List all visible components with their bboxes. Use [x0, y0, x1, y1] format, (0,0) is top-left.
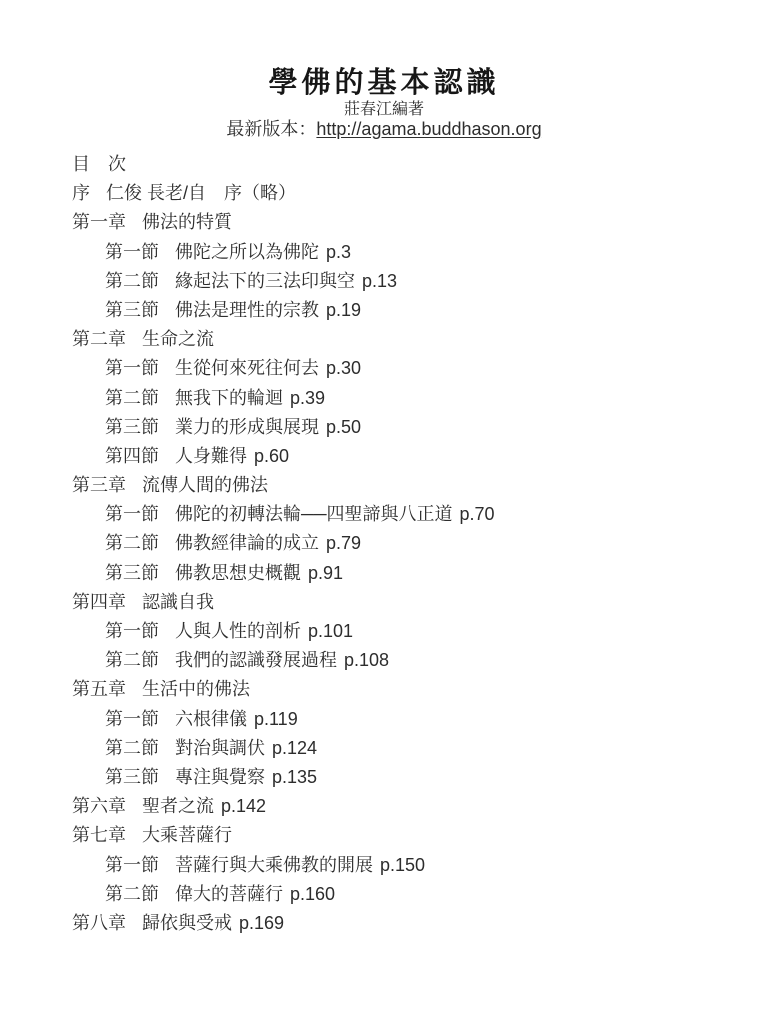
toc-item-label: 第三節: [105, 563, 159, 583]
toc-item: 第二節佛教經律論的成立p.79: [72, 529, 712, 558]
toc-item: 第三章流傳人間的佛法: [72, 471, 712, 500]
toc-item-label: 第四章: [72, 592, 126, 612]
toc-item-title: 佛法是理性的宗教: [175, 300, 319, 320]
toc-item-page: p.19: [326, 300, 361, 320]
toc-item-title: 佛法的特質: [142, 212, 232, 232]
toc-item: 第一節佛陀之所以為佛陀p.3: [72, 238, 712, 267]
toc-item-page: p.124: [272, 738, 317, 758]
toc-item: 序仁俊 長老/自 序（略）: [72, 179, 712, 208]
toc-item-label: 第二節: [105, 271, 159, 291]
toc-item-page: p.119: [254, 709, 298, 729]
toc-item-title: 生活中的佛法: [142, 679, 250, 699]
toc-item-label: 第四節: [105, 446, 159, 466]
toc-item-label: 第三章: [72, 475, 126, 495]
toc-item-page: p.3: [326, 242, 351, 262]
toc-item-title: 佛陀之所以為佛陀: [175, 242, 319, 262]
toc-item-page: p.79: [326, 533, 361, 553]
toc-item-title: 我們的認識發展過程: [175, 650, 337, 670]
toc-item-page: p.60: [254, 446, 289, 466]
document-header: 學佛的基本認識 莊春江編著 最新版本：http://agama.buddhaso…: [0, 64, 768, 140]
toc-item: 第一節人與人性的剖析p.101: [72, 617, 712, 646]
toc-item-label: 第七章: [72, 825, 126, 845]
toc-item-page: p.169: [239, 913, 284, 933]
toc-item: 第三節佛法是理性的宗教p.19: [72, 296, 712, 325]
toc-item-title: 歸依與受戒: [142, 913, 232, 933]
toc-item-label: 第二節: [105, 884, 159, 904]
toc-item-title: 大乘菩薩行: [142, 825, 232, 845]
toc-item-page: p.91: [308, 563, 343, 583]
toc-item: 第二節對治與調伏p.124: [72, 734, 712, 763]
toc-item-label: 第六章: [72, 796, 126, 816]
toc-item: 第一節佛陀的初轉法輪──四聖諦與八正道p.70: [72, 500, 712, 529]
toc-item: 第三節佛教思想史概觀p.91: [72, 559, 712, 588]
toc-item-title: 聖者之流: [142, 796, 214, 816]
toc-list: 序仁俊 長老/自 序（略）第一章佛法的特質第一節佛陀之所以為佛陀p.3第二節緣起…: [72, 179, 712, 938]
toc-item: 第四章認識自我: [72, 588, 712, 617]
toc-item-page: p.150: [380, 855, 425, 875]
author-line: 莊春江編著: [0, 101, 768, 119]
toc-item-page: p.142: [221, 796, 266, 816]
toc-heading: 目 次: [72, 150, 712, 179]
toc-item: 第四節人身難得p.60: [72, 442, 712, 471]
toc-item: 第一節六根律儀p.119: [72, 705, 712, 734]
toc-item-label: 第一節: [105, 855, 159, 875]
toc-item-title: 偉大的菩薩行: [175, 884, 283, 904]
toc-item-title: 菩薩行與大乘佛教的開展: [175, 855, 373, 875]
toc-item-page: p.30: [326, 358, 361, 378]
table-of-contents: 目 次 序仁俊 長老/自 序（略）第一章佛法的特質第一節佛陀之所以為佛陀p.3第…: [72, 150, 712, 938]
toc-item-page: p.70: [460, 504, 495, 524]
toc-item-title: 佛陀的初轉法輪──四聖諦與八正道: [175, 504, 453, 524]
toc-item-page: p.160: [290, 884, 335, 904]
toc-item-title: 對治與調伏: [175, 738, 265, 758]
toc-item-label: 第五章: [72, 679, 126, 699]
toc-item-title: 佛教思想史概觀: [175, 563, 301, 583]
toc-item: 第一章佛法的特質: [72, 208, 712, 237]
toc-item-label: 第二節: [105, 738, 159, 758]
toc-item-title: 業力的形成與展現: [175, 417, 319, 437]
toc-item-title: 仁俊 長老/自 序（略）: [106, 183, 296, 203]
toc-item-title: 人身難得: [175, 446, 247, 466]
toc-item-page: p.50: [326, 417, 361, 437]
toc-item: 第八章歸依與受戒p.169: [72, 909, 712, 938]
toc-item: 第三節業力的形成與展現p.50: [72, 413, 712, 442]
toc-item: 第二節我們的認識發展過程p.108: [72, 646, 712, 675]
document-page: 學佛的基本認識 莊春江編著 最新版本：http://agama.buddhaso…: [0, 0, 768, 1024]
toc-item-title: 緣起法下的三法印與空: [175, 271, 355, 291]
toc-item: 第五章生活中的佛法: [72, 675, 712, 704]
toc-item-page: p.108: [344, 650, 389, 670]
toc-item-title: 人與人性的剖析: [175, 621, 301, 641]
toc-item-page: p.39: [290, 388, 325, 408]
toc-item-label: 第二節: [105, 650, 159, 670]
toc-item: 第一節菩薩行與大乘佛教的開展p.150: [72, 851, 712, 880]
toc-item: 第二節偉大的菩薩行p.160: [72, 880, 712, 909]
toc-item-title: 六根律儀: [175, 709, 247, 729]
version-url-link[interactable]: http://agama.buddhason.org: [316, 119, 541, 139]
toc-item-title: 流傳人間的佛法: [142, 475, 268, 495]
toc-item-label: 第一節: [105, 242, 159, 262]
toc-item: 第二節緣起法下的三法印與空p.13: [72, 267, 712, 296]
toc-item-title: 生從何來死往何去: [175, 358, 319, 378]
toc-item-label: 第二節: [105, 388, 159, 408]
toc-item-title: 佛教經律論的成立: [175, 533, 319, 553]
page-title: 學佛的基本認識: [0, 64, 768, 100]
toc-item-label: 序: [72, 183, 90, 203]
toc-item-page: p.135: [272, 767, 317, 787]
toc-item-label: 第一節: [105, 504, 159, 524]
version-line: 最新版本：http://agama.buddhason.org: [0, 119, 768, 140]
toc-item-page: p.101: [308, 621, 353, 641]
toc-item: 第七章大乘菩薩行: [72, 821, 712, 850]
toc-item: 第三節專注與覺察p.135: [72, 763, 712, 792]
toc-item-label: 第一節: [105, 621, 159, 641]
toc-item-title: 生命之流: [142, 329, 214, 349]
toc-item-title: 專注與覺察: [175, 767, 265, 787]
toc-item-label: 第一節: [105, 709, 159, 729]
toc-item-label: 第八章: [72, 913, 126, 933]
toc-item-label: 第二章: [72, 329, 126, 349]
toc-item: 第二節無我下的輪迴p.39: [72, 384, 712, 413]
toc-item-label: 第一章: [72, 212, 126, 232]
version-label: 最新版本：: [226, 119, 316, 139]
toc-item-label: 第一節: [105, 358, 159, 378]
toc-item-label: 第二節: [105, 533, 159, 553]
toc-item-label: 第三節: [105, 417, 159, 437]
toc-item: 第六章聖者之流p.142: [72, 792, 712, 821]
toc-item: 第二章生命之流: [72, 325, 712, 354]
toc-item-label: 第三節: [105, 300, 159, 320]
toc-item-title: 認識自我: [142, 592, 214, 612]
toc-item-label: 第三節: [105, 767, 159, 787]
toc-item-title: 無我下的輪迴: [175, 388, 283, 408]
toc-item: 第一節生從何來死往何去p.30: [72, 354, 712, 383]
toc-item-page: p.13: [362, 271, 397, 291]
